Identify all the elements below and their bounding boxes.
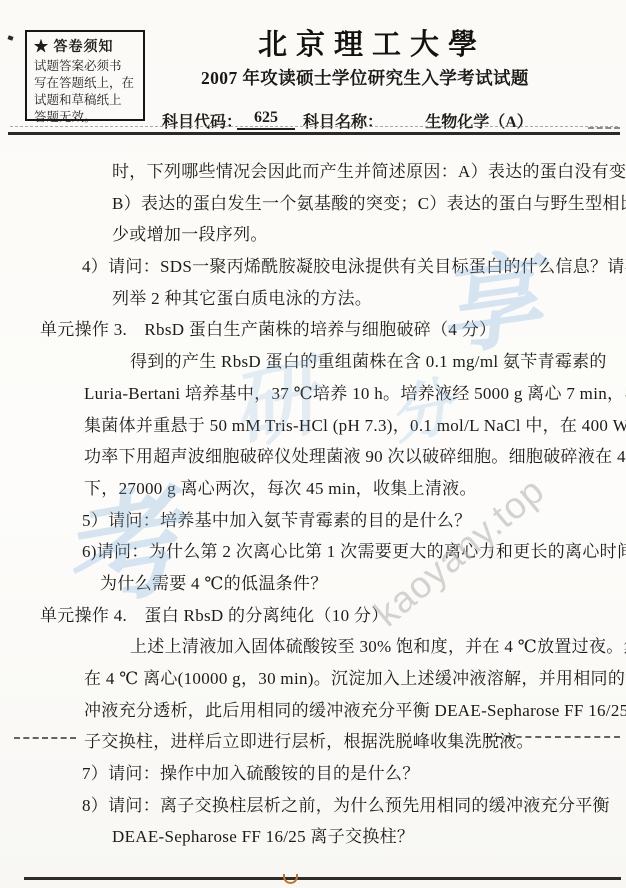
body-line: 在 4 ℃ 离心(10000 g，30 min)。沉淀加入上述缓冲液溶解，并用相… [84,663,626,695]
notice-box: ★ 答卷须知 试题答案必须书写在答题纸上，在试题和草稿纸上答题无效。 [25,30,145,121]
body-line: 为什么需要 4 ℃的低温条件？ [100,568,626,600]
body-line: B）表达的蛋白发生一个氨基酸的突变；C）表达的蛋白与野生型相比减 [112,188,626,220]
bottom-scan-line [24,877,621,880]
exam-body-text: 时，下列哪些情况会因此而产生并简述原因：A）表达的蛋白没有变化；B）表达的蛋白发… [0,156,626,853]
body-line: 7）请问：操作中加入硫酸铵的目的是什么？ [82,758,626,790]
scan-speck [7,35,13,40]
subject-code-label: 科目代码： [162,109,242,132]
body-line: 功率下用超声波细胞破碎仪处理菌液 90 次以破碎细胞。细胞破碎液在 4 ℃ [84,441,626,473]
exam-title: 2007 年攻读硕士学位研究生入学考试试题 [201,65,529,90]
body-line: 得到的产生 RbsD 蛋白的重组菌株在含 0.1 mg/ml 氨苄青霉素的 [130,346,626,378]
body-line: DEAE-Sepharose FF 16/25 离子交换柱？ [112,821,626,853]
notice-line: 试题和草稿纸上 [34,92,137,109]
notice-line: 写在答题纸上，在 [34,75,137,92]
body-line: 时，下列哪些情况会因此而产生并简述原因：A）表达的蛋白没有变化； [112,156,626,188]
header-rule-solid [8,132,620,135]
orange-scan-mark [283,874,298,884]
body-line: 6)请问：为什么第 2 次离心比第 1 次需要更大的离心力和更长的离心时间？ [82,536,626,568]
body-line: 集菌体并重悬于 50 mM Tris-HCl (pH 7.3)，0.1 mol/… [84,410,626,442]
subject-row: 科目代码： 625 科目名称： 生物化学（A） [0,109,626,131]
subject-line-trailing-dashes [588,127,620,129]
exam-paper-page: ★ 答卷须知 试题答案必须书写在答题纸上，在试题和草稿纸上答题无效。 北京理工大… [0,0,626,888]
body-line: 少或增加一段序列。 [112,219,626,251]
body-line: 子交换柱，进样后立即进行层析，根据洗脱峰收集洗脱液。 [84,726,626,758]
notice-title: ★ 答卷须知 [34,36,137,56]
header-rule-dashed [10,126,618,127]
body-line: 冲液充分透析，此后用相同的缓冲液充分平衡 DEAE-Sepharose FF 1… [84,695,626,727]
body-line: 上述上清液加入固体硫酸铵至 30% 饱和度，并在 4 ℃放置过夜。然后 [130,631,626,663]
university-title: 北京理工大學 [258,22,486,63]
body-line: 列举 2 种其它蛋白质电泳的方法。 [112,283,626,315]
body-line: Luria-Bertani 培养基中，37 ℃培养 10 h。培养液经 5000… [84,378,626,410]
body-line: 单元操作 4. 蛋白 RbsD 的分离纯化（10 分） [40,600,626,632]
body-line: 5）请问：培养基中加入氨苄青霉素的目的是什么？ [82,505,626,537]
body-line: 4）请问：SDS一聚丙烯酰胺凝胶电泳提供有关目标蛋白的什么信息？请再 [82,251,626,283]
body-line: 下，27000 g 离心两次，每次 45 min，收集上清液。 [84,473,626,505]
notice-line: 试题答案必须书 [34,58,137,75]
subject-name-label: 科目名称： [303,109,383,132]
body-line: 8）请问：离子交换柱层析之前，为什么预先用相同的缓冲液充分平衡 [82,790,626,822]
body-line: 单元操作 3. RbsD 蛋白生产菌株的培养与细胞破碎（4 分） [40,314,626,346]
